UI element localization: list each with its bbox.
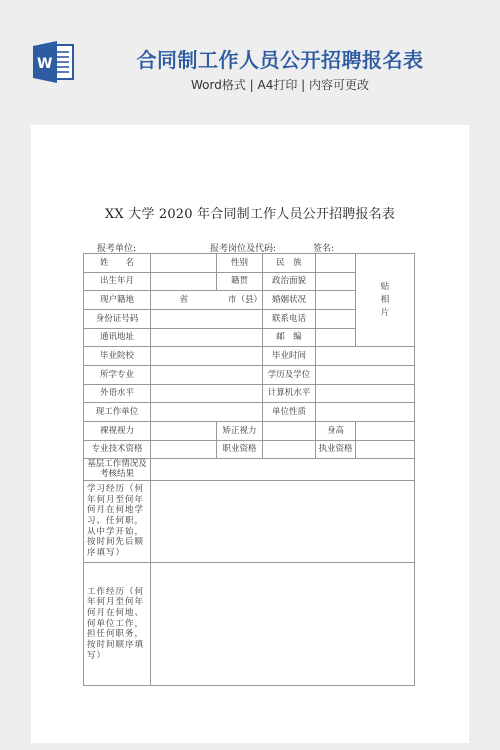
page-title: 合同制工作人员公开招聘报名表 (130, 44, 430, 73)
work-history-field[interactable] (151, 563, 415, 686)
major-field[interactable] (151, 366, 263, 385)
label-study-history: 学习经历（何年何月至何年何月在何地学习、任何职，从中学开始，按时间先后顺序填写） (84, 481, 151, 563)
birth-field[interactable] (151, 273, 217, 291)
ethnicity-field[interactable] (316, 254, 356, 273)
label-address: 通讯地址 (84, 329, 151, 347)
label-height: 身高 (316, 422, 356, 441)
label-postcode: 邮 编 (263, 329, 316, 347)
practice-qual-field[interactable] (356, 441, 415, 459)
label-employer-type: 单位性质 (263, 403, 316, 422)
label-hukou: 现户籍地 (84, 291, 151, 310)
label-birth: 出生年月 (84, 273, 151, 291)
study-history-field[interactable] (151, 481, 415, 563)
label-employer: 现工作单位 (84, 403, 151, 422)
grad-time-field[interactable] (316, 347, 415, 366)
label-computer: 计算机水平 (263, 385, 316, 403)
label-ethnicity: 民 族 (263, 254, 316, 273)
label-degree: 学历及学位 (263, 366, 316, 385)
city-field[interactable]: 市（县） (217, 291, 263, 310)
political-status-field[interactable] (316, 273, 356, 291)
marital-field[interactable] (316, 291, 356, 310)
document-title: XX 大学 2020 年合同制工作人员公开招聘报名表 (31, 203, 469, 222)
label-grad-time: 毕业时间 (263, 347, 316, 366)
computer-field[interactable] (316, 385, 415, 403)
tech-qual-field[interactable] (151, 441, 217, 459)
label-grassroots: 基层工作情况及考核结果 (84, 459, 151, 481)
page-subtitle: Word格式 | A4打印 | 内容可更改 (130, 76, 430, 93)
degree-field[interactable] (316, 366, 415, 385)
employer-field[interactable] (151, 403, 263, 422)
label-native-place: 籍贯 (217, 273, 263, 291)
label-job-qual: 职业资格 (217, 441, 263, 459)
photo-box[interactable]: 贴 相 片 (356, 254, 415, 347)
label-tech-qual: 专业技术资格 (84, 441, 151, 459)
label-language: 外语水平 (84, 385, 151, 403)
label-gender: 性别 (217, 254, 263, 273)
label-work-history: 工作经历（何年何月至何年何月在何地、何单位工作，担任何职务，按时间顺序填写） (84, 563, 151, 686)
phone-field[interactable] (316, 310, 356, 329)
label-id-number: 身份证号码 (84, 310, 151, 329)
label-name: 姓 名 (84, 254, 151, 273)
id-number-field[interactable] (151, 310, 263, 329)
name-field[interactable] (151, 254, 217, 273)
corrected-vision-field[interactable] (263, 422, 316, 441)
label-phone: 联系电话 (263, 310, 316, 329)
employer-type-field[interactable] (316, 403, 415, 422)
address-field[interactable] (151, 329, 263, 347)
job-qual-field[interactable] (263, 441, 316, 459)
registration-form: 姓 名 性别 民 族 贴 相 片 出生年月 籍贯 政治面貌 现户籍地 省 市（县… (83, 253, 415, 686)
word-icon: W (31, 40, 77, 84)
school-field[interactable] (151, 347, 263, 366)
height-field[interactable] (356, 422, 415, 441)
label-major: 所学专业 (84, 366, 151, 385)
grassroots-field[interactable] (151, 459, 415, 481)
label-corrected-vision: 矫正视力 (217, 422, 263, 441)
label-practice-qual: 执业资格 (316, 441, 356, 459)
label-political-status: 政治面貌 (263, 273, 316, 291)
naked-vision-field[interactable] (151, 422, 217, 441)
postcode-field[interactable] (316, 329, 356, 347)
language-field[interactable] (151, 385, 263, 403)
province-field[interactable]: 省 (151, 291, 217, 310)
label-marital: 婚姻状况 (263, 291, 316, 310)
svg-text:W: W (37, 56, 52, 72)
label-school: 毕业院校 (84, 347, 151, 366)
label-naked-vision: 裸视视力 (84, 422, 151, 441)
